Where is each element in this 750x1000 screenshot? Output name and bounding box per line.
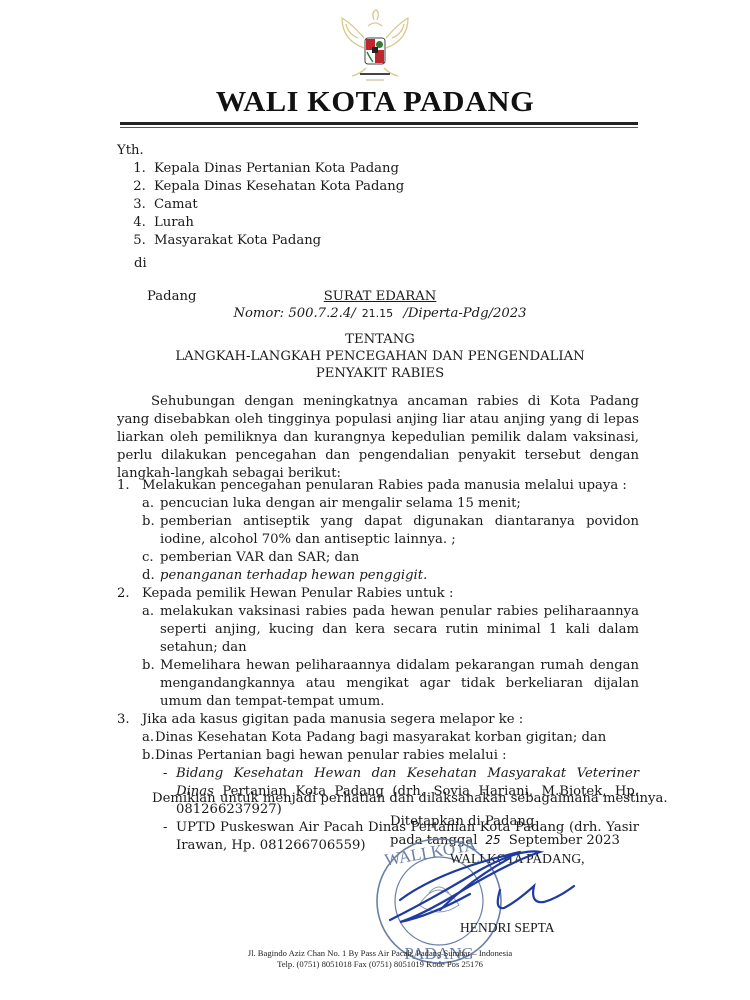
instruction-item: 1. Melakukan pencegahan penularan Rabies…	[117, 477, 639, 495]
item-number: 1.	[117, 477, 130, 495]
recipient-item: Kepala Dinas Pertanian Kota Padang	[150, 160, 404, 178]
subject-line-1: LANGKAH-LANGKAH PENCEGAHAN DAN PENGENDAL…	[0, 348, 750, 366]
sub-item: b.pemberian antiseptik yang dapat diguna…	[117, 513, 639, 549]
sub-item: a.melakukan vaksinasi rabies pada hewan …	[117, 603, 639, 657]
signatory-name: HENDRI SEPTA	[460, 920, 555, 936]
footer-address: Jl. Bagindo Aziz Chan No. 1 By Pass Air …	[0, 948, 750, 959]
intro-paragraph: Sehubungan dengan meningkatnya ancaman r…	[117, 393, 639, 483]
dash-marker: -	[163, 765, 167, 783]
subject-line-2: PENYAKIT RABIES	[0, 365, 750, 383]
sub-letter: b.	[142, 747, 155, 765]
number-handwritten: 21.15	[356, 307, 400, 320]
letterhead-divider-thin	[120, 127, 638, 128]
sub-letter: a.	[142, 603, 154, 621]
recipient-block: Yth. Kepala Dinas Pertanian Kota Padang …	[117, 142, 404, 306]
sub-text: Dinas Pertanian bagi hewan penular rabie…	[155, 748, 507, 763]
footer-contact: Telp. (0751) 8051018 Fax (0751) 8051019 …	[0, 959, 750, 970]
item-number: 2.	[117, 585, 130, 603]
handwritten-signature-icon	[380, 840, 600, 930]
footer-address-block: Jl. Bagindo Aziz Chan No. 1 By Pass Air …	[0, 948, 750, 970]
recipient-item: Masyarakat Kota Padang	[150, 232, 404, 250]
sub-text: penanganan terhadap hewan penggigit.	[160, 568, 427, 583]
sub-letter: b.	[142, 513, 155, 531]
document-number: Nomor: 500.7.2.4/21.15 /Diperta-Pdg/2023	[0, 305, 750, 323]
dash-marker: -	[163, 819, 167, 837]
closing-statement: Demikian untuk menjadi perhatian dan dil…	[152, 790, 668, 808]
sub-item: d.penanganan terhadap hewan penggigit.	[117, 567, 639, 585]
document-type: SURAT EDARAN	[0, 288, 750, 306]
letterhead-divider	[120, 122, 638, 125]
sub-letter: c.	[142, 549, 154, 567]
sub-text: Memelihara hewan peliharaannya didalam p…	[160, 658, 639, 709]
item-text: Jika ada kasus gigitan pada manusia sege…	[142, 712, 523, 727]
sub-item: a.Dinas Kesehatan Kota Padang bagi masya…	[117, 729, 639, 747]
number-suffix: /Diperta-Pdg/2023	[399, 306, 526, 321]
sub-item: c.pemberian VAR dan SAR; dan	[117, 549, 639, 567]
recipient-item: Lurah	[150, 214, 404, 232]
tentang-label: TENTANG	[0, 331, 750, 349]
item-number: 3.	[117, 711, 130, 729]
instruction-item: 3. Jika ada kasus gigitan pada manusia s…	[117, 711, 639, 729]
sub-letter: d.	[142, 567, 155, 585]
garuda-emblem-icon	[338, 8, 412, 88]
salutation: Yth.	[117, 142, 404, 160]
sub-letter: a.	[142, 729, 154, 747]
recipient-item: Camat	[150, 196, 404, 214]
sub-item: b.Dinas Pertanian bagi hewan penular rab…	[117, 747, 639, 765]
item-text: Melakukan pencegahan penularan Rabies pa…	[142, 478, 627, 493]
sub-text: pemberian VAR dan SAR; dan	[160, 550, 359, 565]
item-text: Kepada pemilik Hewan Penular Rabies untu…	[142, 586, 453, 601]
instruction-item: 2. Kepada pemilik Hewan Penular Rabies u…	[117, 585, 639, 603]
sub-letter: a.	[142, 495, 154, 513]
sub-item: b.Memelihara hewan peliharaannya didalam…	[117, 657, 639, 711]
sub-text: melakukan vaksinasi rabies pada hewan pe…	[160, 604, 639, 655]
recipient-list: Kepala Dinas Pertanian Kota Padang Kepal…	[117, 160, 404, 250]
sub-text: Dinas Kesehatan Kota Padang bagi masyara…	[155, 730, 606, 745]
letterhead-title: WALI KOTA PADANG	[0, 86, 750, 119]
number-prefix: Nomor: 500.7.2.4/	[233, 306, 355, 321]
sub-item: a.pencucian luka dengan air mengalir sel…	[117, 495, 639, 513]
recipient-item: Kepala Dinas Kesehatan Kota Padang	[150, 178, 404, 196]
signature-place: Ditetapkan di Padang	[390, 813, 620, 831]
di-label: di	[134, 255, 404, 273]
sub-letter: b.	[142, 657, 155, 675]
sub-text: pencucian luka dengan air mengalir selam…	[160, 496, 521, 511]
sub-text: pemberian antiseptik yang dapat digunaka…	[160, 514, 639, 547]
